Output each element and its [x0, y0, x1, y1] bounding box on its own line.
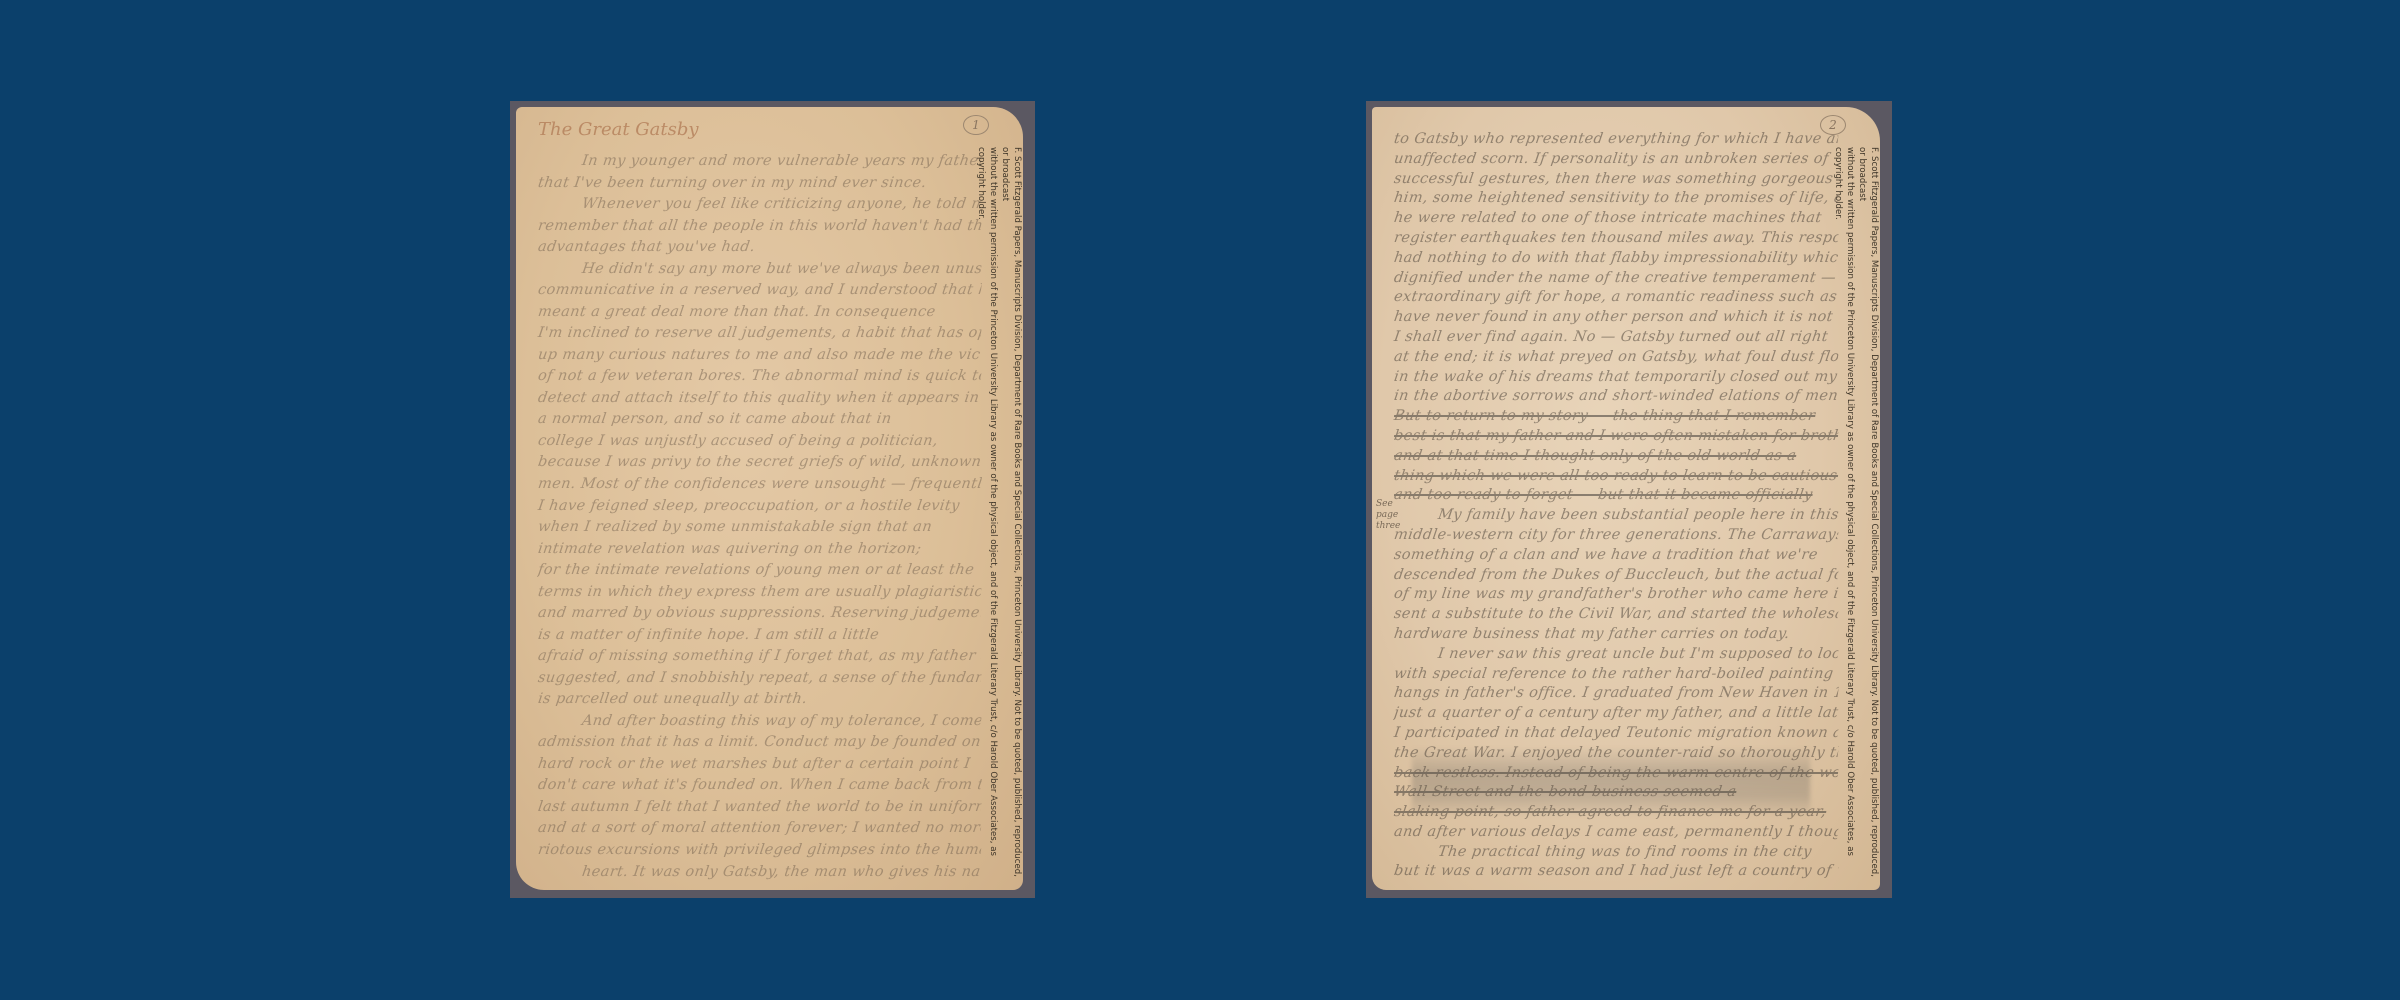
manuscript-page-1-scan: The Great Gatsby 1 In my younger and mor… — [510, 101, 1035, 898]
handwritten-line: of not a few veteran bores. The abnormal… — [537, 368, 982, 384]
handwritten-line: in the wake of his dreams that temporari… — [1393, 369, 1839, 385]
handwritten-line: suggested, and I snobbishly repeat, a se… — [537, 670, 982, 686]
handwritten-line: had nothing to do with that flabby impre… — [1393, 250, 1839, 266]
handwritten-line: I never saw this great uncle but I'm sup… — [1393, 646, 1839, 662]
handwritten-line: hangs in father's office. I graduated fr… — [1393, 685, 1839, 701]
handwritten-line: in the abortive sorrows and short-winded… — [1393, 388, 1839, 404]
handwritten-line: I'm inclined to reserve all judgements, … — [537, 325, 982, 341]
copyright-line-1: F. Scott Fitzgerald Papers, Manuscripts … — [1856, 147, 1880, 887]
handwritten-line: unaffected scorn. If personality is an u… — [1393, 151, 1839, 167]
copyright-notice: F. Scott Fitzgerald Papers, Manuscripts … — [1846, 147, 1880, 887]
handwritten-line-struck: best is that my father and I were often … — [1393, 428, 1839, 444]
handwritten-line-struck: Wall Street and the bond business seemed… — [1393, 784, 1839, 800]
handwritten-line: college I was unjustly accused of being … — [537, 433, 982, 449]
handwritten-line: extraordinary gift for hope, a romantic … — [1393, 289, 1839, 305]
handwritten-line: but it was a warm season and I had just … — [1393, 863, 1839, 879]
handwritten-line: I participated in that delayed Teutonic … — [1393, 725, 1839, 741]
handwritten-line: he were related to one of those intricat… — [1393, 210, 1839, 226]
handwritten-line: My family have been substantial people h… — [1393, 507, 1839, 523]
handwritten-line: for the intimate revelations of young me… — [537, 562, 982, 578]
handwritten-line: Whenever you feel like criticizing anyon… — [537, 196, 982, 212]
copyright-line-1: F. Scott Fitzgerald Papers, Manuscripts … — [999, 147, 1023, 887]
handwritten-line: something of a clan and we have a tradit… — [1393, 547, 1839, 563]
handwritten-line: He didn't say any more but we've always … — [537, 261, 982, 277]
handwritten-line: is a matter of infinite hope. I am still… — [537, 627, 982, 643]
handwritten-line: hard rock or the wet marshes but after a… — [537, 756, 982, 772]
handwritten-line: In my younger and more vulnerable years … — [537, 153, 982, 169]
handwritten-text-block: In my younger and more vulnerable years … — [538, 153, 981, 880]
handwritten-line: terms in which they express them are usu… — [537, 584, 982, 600]
handwritten-line: and at a sort of moral attention forever… — [537, 820, 982, 836]
manuscript-page-2-scan: 2 See page three to Gatsby who represent… — [1366, 101, 1892, 898]
manuscript-paper: The Great Gatsby 1 In my younger and mor… — [516, 107, 1023, 890]
handwritten-line: The practical thing was to find rooms in… — [1393, 844, 1839, 860]
handwritten-line: last autumn I felt that I wanted the wor… — [537, 799, 982, 815]
handwritten-line: intimate revelation was quivering on the… — [537, 541, 982, 557]
handwritten-line: dignified under the name of the creative… — [1393, 270, 1839, 286]
handwritten-line: just a quarter of a century after my fat… — [1393, 705, 1839, 721]
handwritten-line: men. Most of the confidences were unsoug… — [537, 476, 982, 492]
handwritten-line-struck: and at that time I thought only of the o… — [1393, 448, 1839, 464]
handwritten-line: register earthquakes ten thousand miles … — [1393, 230, 1839, 246]
handwritten-line: admission that it has a limit. Conduct m… — [537, 734, 982, 750]
handwritten-line: don't care what it's founded on. When I … — [537, 777, 982, 793]
handwritten-line: afraid of missing something if I forget … — [537, 648, 982, 664]
handwritten-line: communicative in a reserved way, and I u… — [537, 282, 982, 298]
handwritten-line: middle-western city for three generation… — [1393, 527, 1839, 543]
handwritten-line-struck: and too ready to forget — but that it be… — [1393, 487, 1839, 503]
handwritten-line: at the end; it is what preyed on Gatsby,… — [1393, 349, 1839, 365]
handwritten-line: and after various delays I came east, pe… — [1393, 824, 1839, 840]
handwritten-line: And after boasting this way of my tolera… — [537, 713, 982, 729]
handwritten-line: I shall ever find again. No — Gatsby tur… — [1393, 329, 1839, 345]
handwritten-line: meant a great deal more than that. In co… — [537, 304, 982, 320]
handwritten-line: detect and attach itself to this quality… — [537, 390, 982, 406]
manuscript-paper: 2 See page three to Gatsby who represent… — [1372, 107, 1880, 890]
manuscript-title: The Great Gatsby — [538, 119, 699, 140]
handwritten-line: remember that all the people in this wor… — [537, 218, 982, 234]
handwritten-line: to Gatsby who represented everything for… — [1393, 131, 1839, 147]
handwritten-line: of my line was my grandfather's brother … — [1393, 586, 1839, 602]
handwritten-line: up many curious natures to me and also m… — [537, 347, 982, 363]
handwritten-line: advantages that you've had. — [537, 239, 982, 255]
handwritten-line: when I realized by some unmistakable sig… — [537, 519, 982, 535]
handwritten-line-struck: thing which we were all too ready to lea… — [1393, 468, 1839, 484]
handwritten-line: have never found in any other person and… — [1393, 309, 1839, 325]
handwritten-line: sent a substitute to the Civil War, and … — [1393, 606, 1839, 622]
copyright-line-2: without the written permission of the Pr… — [975, 147, 999, 887]
handwritten-line-struck: slaking point, so father agreed to finan… — [1393, 804, 1839, 820]
handwritten-line: riotous excursions with privileged glimp… — [537, 842, 982, 858]
handwritten-line-struck: back restless. Instead of being the warm… — [1393, 765, 1839, 781]
handwritten-line: I have feigned sleep, preoccupation, or … — [537, 498, 982, 514]
page-number-badge: 1 — [963, 115, 989, 135]
handwritten-line: and marred by obvious suppressions. Rese… — [537, 605, 982, 621]
handwritten-line-struck: But to return to my story — the thing th… — [1393, 408, 1839, 424]
handwritten-line: him, some heightened sensitivity to the … — [1393, 190, 1839, 206]
handwritten-line: is parcelled out unequally at birth. — [537, 691, 982, 707]
handwritten-line: with special reference to the rather har… — [1393, 666, 1839, 682]
copyright-notice: F. Scott Fitzgerald Papers, Manuscripts … — [989, 147, 1023, 887]
handwritten-line: the Great War. I enjoyed the counter-rai… — [1393, 745, 1839, 761]
handwritten-line: that I've been turning over in my mind e… — [537, 175, 982, 191]
handwritten-line: heart. It was only Gatsby, the man who g… — [537, 864, 982, 880]
handwritten-line: a normal person, and so it came about th… — [537, 411, 982, 427]
handwritten-line: hardware business that my father carries… — [1393, 626, 1839, 642]
handwritten-text-block: to Gatsby who represented everything for… — [1394, 131, 1838, 880]
copyright-line-2: without the written permission of the Pr… — [1832, 147, 1856, 887]
handwritten-line: because I was privy to the secret griefs… — [537, 454, 982, 470]
handwritten-line: successful gestures, then there was some… — [1393, 171, 1839, 187]
handwritten-line: descended from the Dukes of Buccleuch, b… — [1393, 567, 1839, 583]
